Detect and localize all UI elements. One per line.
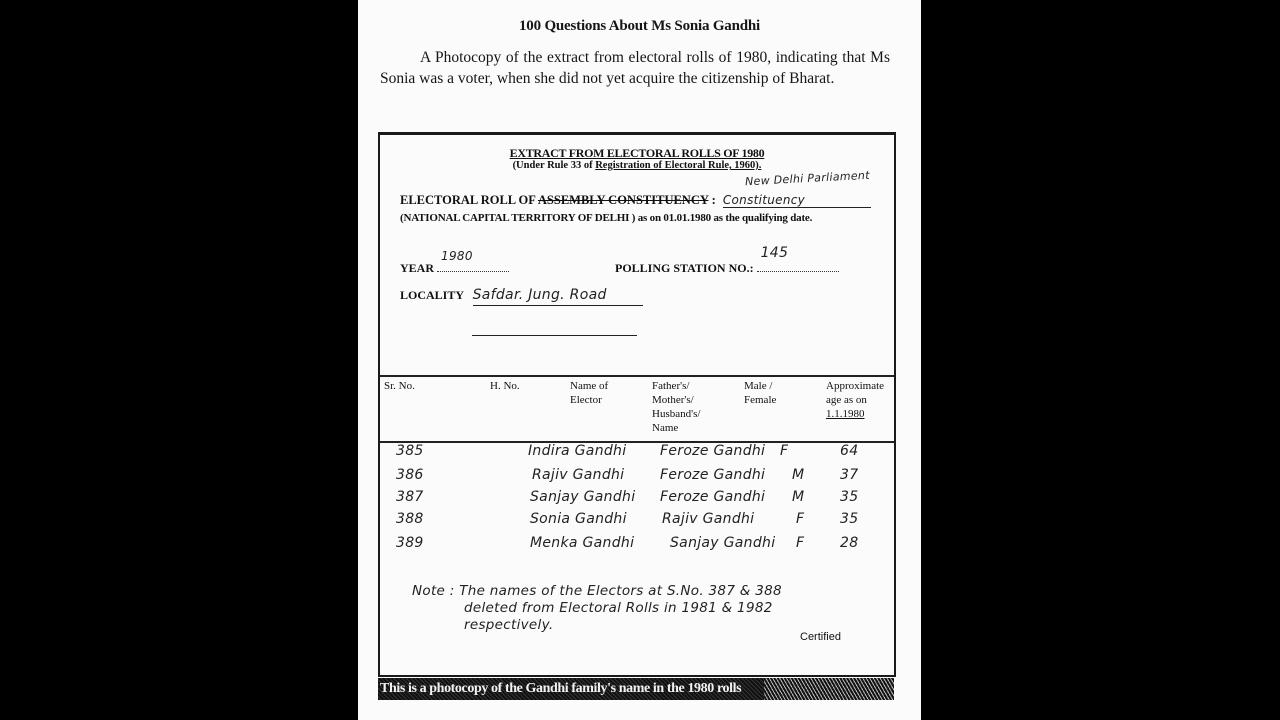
col-age-line2: age as on bbox=[826, 393, 884, 407]
note-line-2: deleted from Electoral Rolls in 1981 & 1… bbox=[412, 600, 852, 617]
locality-value: Safdar. Jung. Road bbox=[473, 287, 643, 306]
col-relation-line2: Mother's/ bbox=[652, 393, 700, 407]
cell-sex: F bbox=[796, 511, 804, 527]
cell-relation: Sanjay Gandhi bbox=[670, 535, 775, 551]
col-age: Approximate age as on 1.1.1980 bbox=[826, 379, 884, 421]
cell-age: 28 bbox=[840, 535, 858, 551]
cell-name: Indira Gandhi bbox=[528, 443, 626, 459]
roll-handwritten-value: Constituency bbox=[723, 193, 871, 208]
locality-label: LOCALITY bbox=[400, 288, 464, 302]
col-name: Name of Elector bbox=[570, 379, 608, 407]
cell-name: Menka Gandhi bbox=[530, 535, 634, 551]
col-h-no: H. No. bbox=[490, 379, 520, 393]
territory-line: (NATIONAL CAPITAL TERRITORY OF DELHI ) a… bbox=[400, 211, 894, 226]
col-name-line2: Elector bbox=[570, 393, 608, 407]
cell-sr: 389 bbox=[396, 535, 424, 551]
table-row: 388 Sonia Gandhi Rajiv Gandhi F 35 bbox=[380, 511, 894, 535]
col-sex: Male / Female bbox=[744, 379, 776, 407]
cell-age: 64 bbox=[840, 443, 858, 459]
col-name-line1: Name of bbox=[570, 379, 608, 393]
cell-sex: F bbox=[796, 535, 804, 551]
rule-reference: (Under Rule 33 of Registration of Electo… bbox=[380, 160, 894, 171]
handwritten-note: Note : The names of the Electors at S.No… bbox=[412, 583, 852, 634]
table-row: 386 Rajiv Gandhi Feroze Gandhi M 37 bbox=[380, 467, 894, 491]
polling-station-dotted-line: 145 bbox=[757, 259, 839, 272]
rule-name: Registration of Electoral Rule, 1960). bbox=[595, 160, 761, 171]
locality-field: LOCALITY Safdar. Jung. Road bbox=[400, 287, 643, 306]
table-header: Sr. No. H. No. Name of Elector Father's/… bbox=[380, 375, 894, 443]
polling-station-field: POLLING STATION NO.: 145 bbox=[615, 259, 839, 276]
caption-text: This is a photocopy of the Gandhi family… bbox=[380, 681, 741, 696]
year-value: 1980 bbox=[441, 249, 473, 263]
year-dotted-line: 1980 bbox=[437, 259, 509, 272]
table-row: 385 Indira Gandhi Feroze Gandhi F 64 bbox=[380, 443, 894, 467]
cell-name: Rajiv Gandhi bbox=[532, 467, 624, 483]
year-label: YEAR bbox=[400, 261, 434, 275]
col-relation-line1: Father's/ bbox=[652, 379, 700, 393]
certified-stamp: Certified bbox=[800, 631, 841, 643]
col-sr-no: Sr. No. bbox=[384, 379, 415, 393]
cell-age: 35 bbox=[840, 511, 858, 527]
blank-underline bbox=[472, 335, 637, 336]
note-line-1: Note : The names of the Electors at S.No… bbox=[412, 583, 852, 600]
cell-name: Sonia Gandhi bbox=[530, 511, 627, 527]
polling-station-value: 145 bbox=[761, 245, 789, 261]
cell-relation: Feroze Gandhi bbox=[660, 443, 765, 459]
cell-sex: M bbox=[792, 489, 804, 505]
electoral-roll-extract: EXTRACT FROM ELECTORAL ROLLS OF 1980 (Un… bbox=[378, 132, 896, 677]
roll-struck-text: ASSEMBLY CONSTITUENCY bbox=[538, 193, 709, 207]
col-age-line1: Approximate bbox=[826, 379, 884, 393]
cell-name: Sanjay Gandhi bbox=[530, 489, 635, 505]
extract-title: EXTRACT FROM ELECTORAL ROLLS OF 1980 bbox=[380, 146, 894, 161]
year-field: YEAR 1980 bbox=[400, 259, 509, 276]
polling-station-label: POLLING STATION NO.: bbox=[615, 261, 754, 275]
col-relation-line3: Husband's/ bbox=[652, 407, 700, 421]
intro-paragraph: A Photocopy of the extract from electora… bbox=[380, 47, 890, 89]
table-row: 389 Menka Gandhi Sanjay Gandhi F 28 bbox=[380, 535, 894, 559]
cell-relation: Feroze Gandhi bbox=[660, 489, 765, 505]
roll-colon: : bbox=[708, 193, 715, 207]
col-sex-line1: Male / bbox=[744, 379, 776, 393]
table-row: 387 Sanjay Gandhi Feroze Gandhi M 35 bbox=[380, 489, 894, 513]
col-sex-line2: Female bbox=[744, 393, 776, 407]
col-age-line3: 1.1.1980 bbox=[826, 407, 884, 421]
cell-age: 35 bbox=[840, 489, 858, 505]
col-relation-line4: Name bbox=[652, 421, 700, 435]
cell-relation: Feroze Gandhi bbox=[660, 467, 765, 483]
cell-sr: 388 bbox=[396, 511, 424, 527]
electoral-roll-line: ELECTORAL ROLL OF ASSEMBLY CONSTITUENCY … bbox=[400, 193, 871, 208]
cell-sex: M bbox=[792, 467, 804, 483]
cell-age: 37 bbox=[840, 467, 858, 483]
caption-noise-texture bbox=[764, 678, 894, 700]
col-relation: Father's/ Mother's/ Husband's/ Name bbox=[652, 379, 700, 435]
note-line-3: respectively. bbox=[412, 617, 852, 634]
scanned-book-page: 100 Questions About Ms Sonia Gandhi A Ph… bbox=[358, 0, 921, 720]
roll-label: ELECTORAL ROLL OF bbox=[400, 193, 538, 207]
intro-text: A Photocopy of the extract from electora… bbox=[380, 47, 890, 89]
cell-relation: Rajiv Gandhi bbox=[662, 511, 754, 527]
photo-caption-bar: This is a photocopy of the Gandhi family… bbox=[378, 678, 894, 700]
cell-sex: F bbox=[780, 443, 788, 459]
cell-sr: 385 bbox=[396, 443, 424, 459]
book-header: 100 Questions About Ms Sonia Gandhi bbox=[358, 18, 921, 35]
handwritten-constituency-name: New Delhi Parliament bbox=[745, 169, 870, 189]
rule-prefix: (Under Rule 33 of bbox=[513, 160, 596, 171]
cell-sr: 387 bbox=[396, 489, 424, 505]
cell-sr: 386 bbox=[396, 467, 424, 483]
